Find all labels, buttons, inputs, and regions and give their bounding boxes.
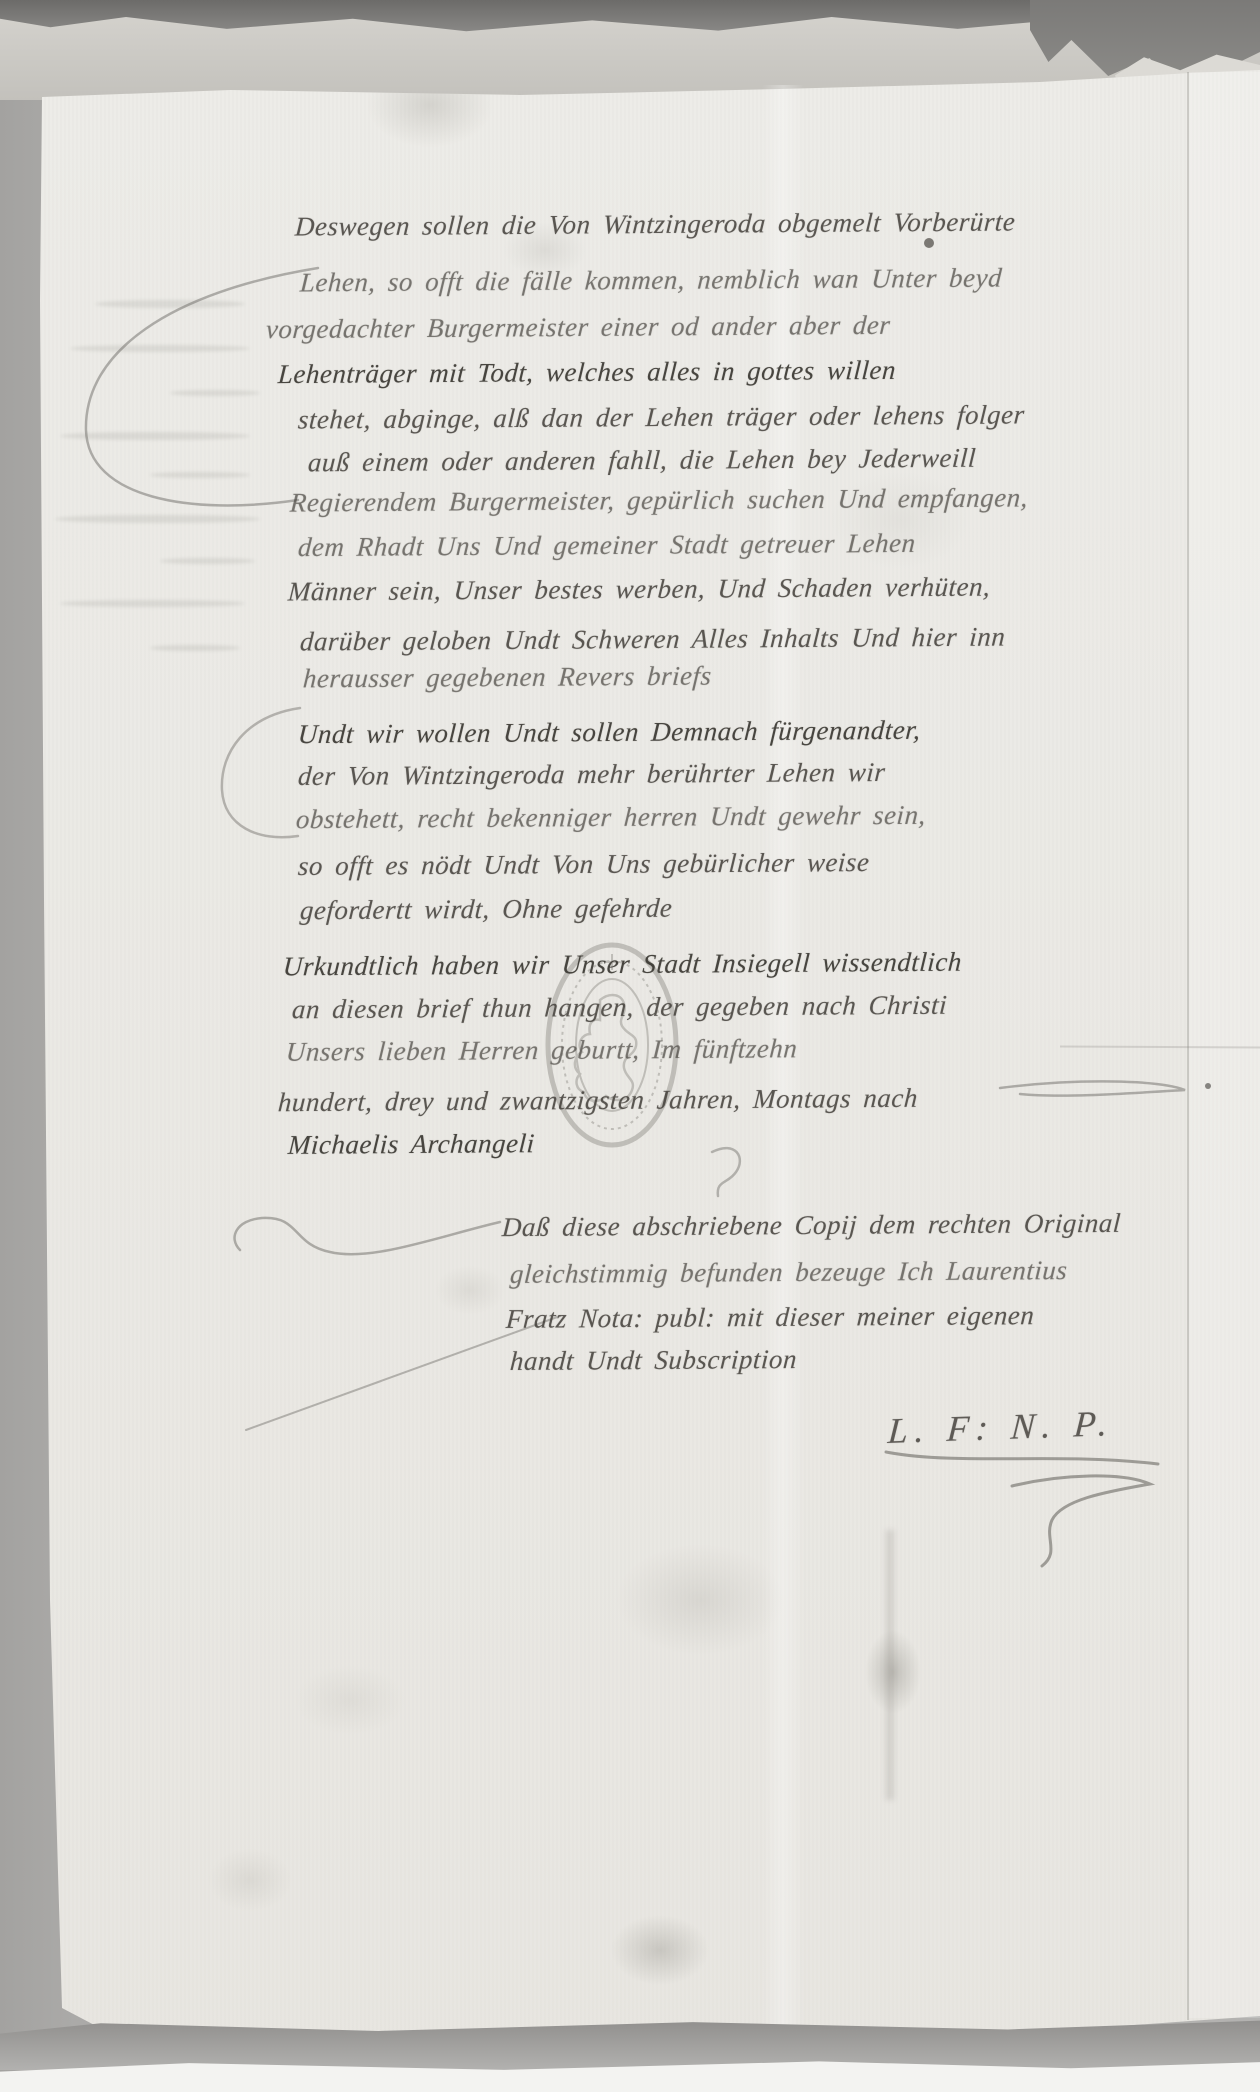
manuscript-line: Unsers lieben Herren geburtt, Im fünftze… bbox=[285, 1033, 798, 1068]
manuscript-line: darüber geloben Undt Schweren Alles Inha… bbox=[299, 622, 1006, 658]
manuscript-line: Lehen, so offt die fälle kommen, nemblic… bbox=[299, 263, 1003, 299]
ink-speck bbox=[924, 238, 1211, 1089]
manuscript-line: Urkundtlich haben wir Unser Stadt Insieg… bbox=[282, 947, 963, 983]
manuscript-line: auß einem oder anderen fahll, die Lehen … bbox=[307, 443, 977, 479]
manuscript-line: Regierendem Burgermeister, gepürlich suc… bbox=[289, 482, 1029, 518]
manuscript-line: an diesen brief thun hangen, der gegeben… bbox=[291, 990, 948, 1026]
scanned-document: Deswegen sollen die Von Wintzingeroda ob… bbox=[0, 0, 1260, 2092]
manuscript-line: Undt wir wollen Undt sollen Demnach fürg… bbox=[297, 715, 922, 750]
manuscript-line: herausser gegebenen Revers briefs bbox=[302, 661, 713, 695]
manuscript-line: obstehett, recht bekenniger herren Undt … bbox=[295, 800, 927, 835]
attestation-line: Daß diese abschriebene Copij dem rechten… bbox=[501, 1208, 1122, 1243]
manuscript-line: dem Rhadt Uns Und gemeiner Stadt getreue… bbox=[297, 528, 917, 563]
manuscript-line: gefordertt wirdt, Ohne gefehrde bbox=[299, 893, 673, 927]
manuscript-line: Lehenträger mit Todt, welches alles in g… bbox=[277, 355, 897, 390]
attestation-line: handt Undt Subscription bbox=[509, 1344, 798, 1377]
manuscript-line: der Von Wintzingeroda mehr berührter Leh… bbox=[297, 757, 886, 792]
notary-signature: L. F: N. P. bbox=[887, 1402, 1116, 1452]
manuscript-line: hundert, drey und zwantzigsten Jahren, M… bbox=[277, 1083, 919, 1118]
manuscript-line: stehet, abginge, alß dan der Lehen träge… bbox=[297, 399, 1026, 435]
manuscript-line: Michaelis Archangeli bbox=[287, 1128, 536, 1161]
manuscript-line: vorgedachter Burgermeister einer od ande… bbox=[265, 310, 891, 345]
manuscript-line: Deswegen sollen die Von Wintzingeroda ob… bbox=[294, 206, 1016, 242]
manuscript-line: so offt es nödt Undt Von Uns gebürlicher… bbox=[297, 847, 870, 882]
attestation-line: gleichstimmig befunden bezeuge Ich Laure… bbox=[509, 1255, 1068, 1290]
manuscript-line: Männer sein, Unser bestes werben, Und Sc… bbox=[287, 572, 991, 608]
attestation-line: Fratz Nota: publ: mit dieser meiner eige… bbox=[505, 1300, 1035, 1335]
